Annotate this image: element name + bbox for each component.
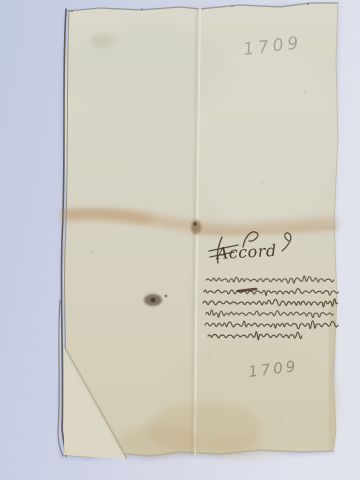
- stain-band-left: [62, 213, 150, 220]
- stain-center-smudge: [191, 220, 201, 234]
- ink-blot-core: [151, 298, 156, 303]
- ink-blot-speck: [165, 295, 168, 298]
- photo-canvas: 1709 Accord 1709: [0, 0, 360, 480]
- heading-accord: Accord: [214, 241, 277, 263]
- document-photo: 1709 Accord 1709: [0, 0, 360, 480]
- paper-tone-right: [195, 45, 335, 235]
- water-stain-bottom-2: [118, 426, 202, 458]
- smudge-top-left: [91, 34, 115, 48]
- water-stain-bottom-3: [205, 434, 265, 458]
